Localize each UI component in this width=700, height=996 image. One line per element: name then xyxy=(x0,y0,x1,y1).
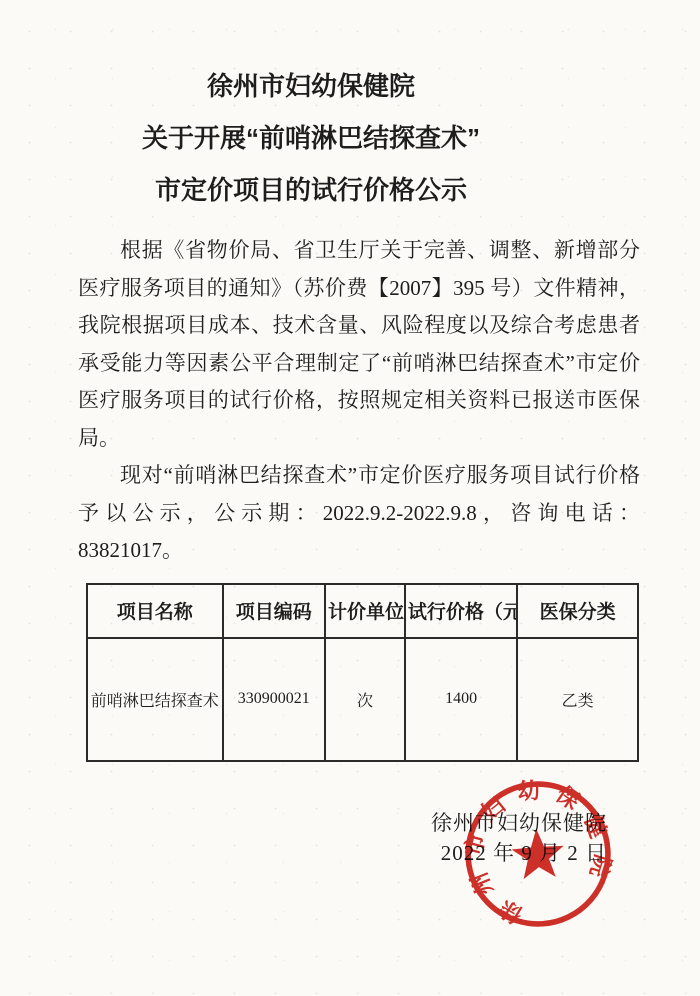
title-line-3: 市定价项目的试行价格公示 xyxy=(78,164,544,216)
title-line-2: 关于开展“前哨淋巴结探查术” xyxy=(78,112,544,164)
document-content: 徐州市妇幼保健院 关于开展“前哨淋巴结探查术” 市定价项目的试行价格公示 根据《… xyxy=(0,0,700,868)
document-title: 徐州市妇幼保健院 关于开展“前哨淋巴结探查术” 市定价项目的试行价格公示 xyxy=(78,60,640,216)
header-unit: 计价单位 xyxy=(325,584,405,638)
table-row: 前哨淋巴结探查术 330900021 次 1400 乙类 xyxy=(87,638,638,761)
pricing-table: 项目名称 项目编码 计价单位 试行价格（元） 医保分类 前哨淋巴结探查术 330… xyxy=(86,583,639,762)
official-red-seal: 徐州市妇幼保健院 xyxy=(457,773,619,935)
scanned-notice-page: 徐州市妇幼保健院 关于开展“前哨淋巴结探查术” 市定价项目的试行价格公示 根据《… xyxy=(0,0,700,996)
title-line-1: 徐州市妇幼保健院 xyxy=(78,60,544,112)
cell-item-code: 330900021 xyxy=(223,638,325,761)
header-insurance-class: 医保分类 xyxy=(517,584,638,638)
seal-star-icon xyxy=(510,827,565,880)
header-item-name: 项目名称 xyxy=(87,584,223,638)
paragraph-2: 现对“前哨淋巴结探查术”市定价医疗服务项目试行价格予以公示，公示期：2022.9… xyxy=(78,457,640,570)
cell-unit: 次 xyxy=(325,638,405,761)
paragraph-1: 根据《省物价局、省卫生厅关于完善、调整、新增部分医疗服务项目的通知》（苏价费【2… xyxy=(78,232,640,457)
table-header-row: 项目名称 项目编码 计价单位 试行价格（元） 医保分类 xyxy=(87,584,638,638)
header-trial-price: 试行价格（元） xyxy=(405,584,517,638)
cell-item-name: 前哨淋巴结探查术 xyxy=(87,638,223,761)
cell-trial-price: 1400 xyxy=(405,638,517,761)
cell-insurance-class: 乙类 xyxy=(517,638,638,761)
header-item-code: 项目编码 xyxy=(223,584,325,638)
document-body: 根据《省物价局、省卫生厅关于完善、调整、新增部分医疗服务项目的通知》（苏价费【2… xyxy=(78,232,640,570)
